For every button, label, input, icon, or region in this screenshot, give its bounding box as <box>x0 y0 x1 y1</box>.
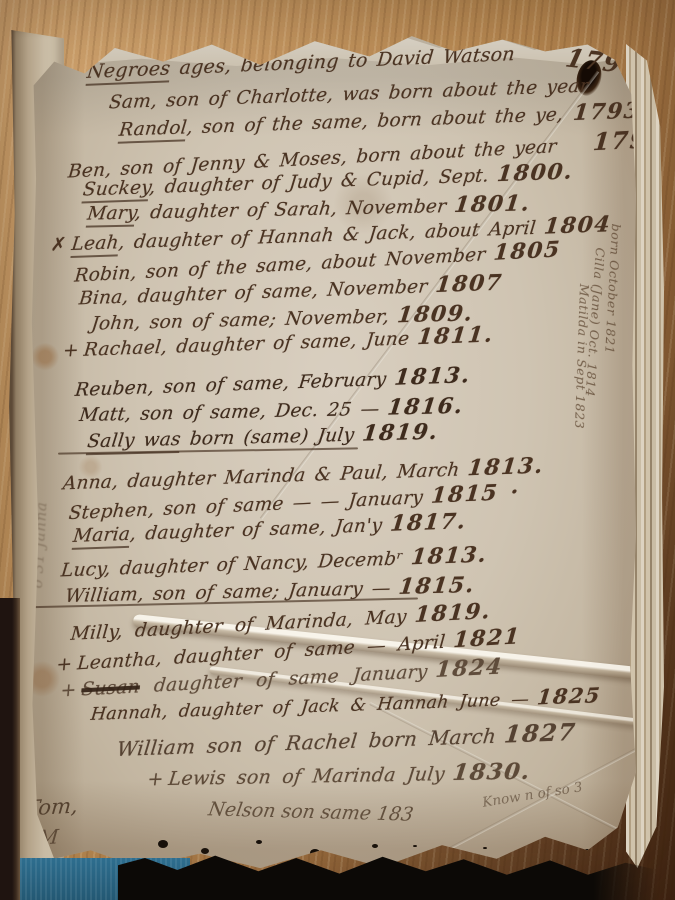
book-cover-left-edge <box>0 598 20 900</box>
entry-year: 1801. <box>453 191 532 218</box>
entry-year: 1824 <box>435 655 504 683</box>
entry-year: 1816. <box>386 394 465 421</box>
entry-mark: + <box>56 654 74 676</box>
entry-mark: ✗ <box>50 234 68 256</box>
entry-name: Negroes <box>86 57 172 85</box>
entry-year: 1807 <box>434 271 504 298</box>
entry-name: John <box>90 313 136 335</box>
entry-name: William <box>116 734 197 761</box>
entry-mark: + <box>60 680 78 702</box>
photo-of-register-page: Negroes ages, belonging to David WatsonS… <box>0 0 675 900</box>
entry-year: 1819. <box>414 599 493 628</box>
entry-year: 1813. <box>410 543 489 571</box>
entry-name: Rachael <box>83 337 163 361</box>
entry-name: Reuben <box>74 377 149 401</box>
manuscript-page: Negroes ages, belonging to David WatsonS… <box>30 26 636 874</box>
entry-year: 1804 <box>543 212 613 239</box>
entry-name: Mary <box>86 203 137 228</box>
register-entry: +Lewis son of Marinda July1830. <box>146 759 532 793</box>
register-entry: Negroes ages, belonging to David Watson <box>86 43 516 84</box>
entry-text: , daughter of same, June <box>160 328 410 358</box>
entry-year: 1800. <box>496 159 575 187</box>
entry-year: 1817. <box>389 509 468 537</box>
entry-name: Anna <box>62 472 113 495</box>
entry-mark: + <box>62 340 80 362</box>
entry-name: Susan <box>81 676 141 700</box>
entry-year: 1827 <box>503 718 578 748</box>
entry-year: 1830. <box>451 759 532 786</box>
entry-year: 1821 <box>452 624 521 653</box>
entry-name: Leantha <box>76 649 156 675</box>
entry-mark: + <box>146 768 165 790</box>
entry-name: Randol <box>118 117 188 143</box>
entry-name: Matt <box>78 404 126 426</box>
register-entry: William son of Rachel born March1827 <box>116 718 578 762</box>
entry-year: 1815. <box>397 573 476 600</box>
entry-text: born (same) July <box>180 425 356 450</box>
entry-name: Milly <box>70 622 118 645</box>
entry-year: 1819. <box>361 420 440 447</box>
entry-text: son of Marinda July <box>224 763 446 789</box>
entry-year: 1813. <box>393 363 472 391</box>
register-lines: Negroes ages, belonging to David WatsonS… <box>30 26 636 874</box>
entry-text: ages, belonging to David Watson <box>169 43 516 79</box>
entry-year: 1811. <box>416 323 495 351</box>
entry-name: Lucy <box>60 559 106 582</box>
entry-name: Lewis <box>167 767 227 790</box>
entry-year: 1815 · <box>430 480 521 509</box>
entry-name: Leah <box>70 232 120 258</box>
entry-text: , son of same, February <box>147 369 387 398</box>
entry-year: 1805 <box>492 237 561 265</box>
entry-name: Bina <box>78 287 124 309</box>
entry-name: Maria <box>72 524 132 550</box>
entry-year: 1813. <box>466 454 545 482</box>
entry-text: son of Rachel born March <box>194 724 497 758</box>
entry-year: 1825 <box>536 683 602 709</box>
entry-name: Sam <box>108 91 152 113</box>
entry-text: , daughter of same, Jan'y <box>129 515 383 545</box>
entry-name: Hannah <box>90 702 164 724</box>
